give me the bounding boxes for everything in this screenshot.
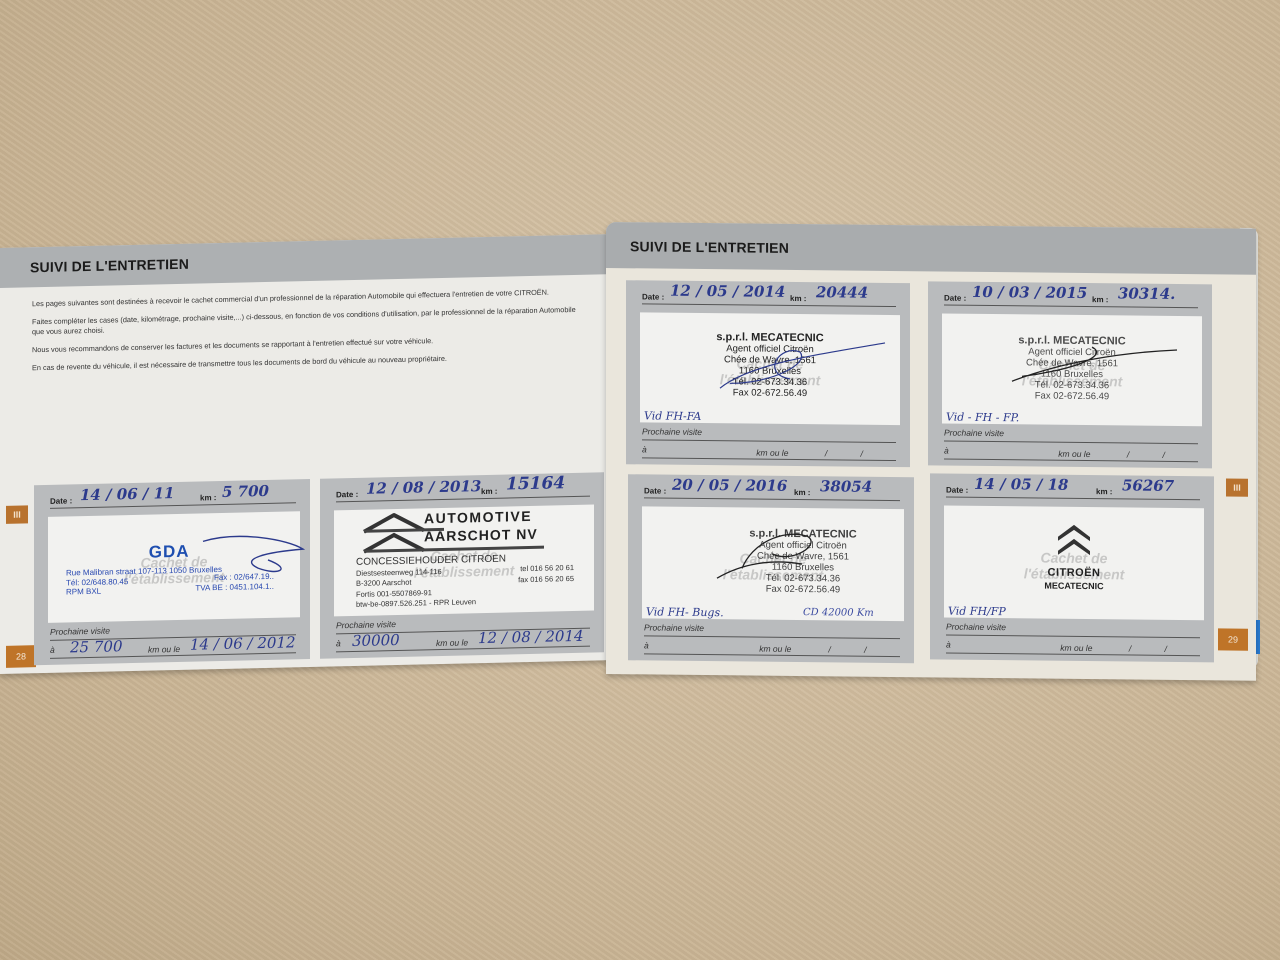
page-number-right: 29 [1218,628,1248,650]
next-visit: Prochaine visite à 30000 km ou le 12 / 0… [336,613,590,655]
entry-km: 38054 [820,477,872,496]
entry-km: 15164 [506,473,565,494]
header-band: SUIVI DE L'ENTRETIEN [606,222,1256,275]
next-visit-label: Prochaine visite [336,619,396,630]
signature-icon [1002,336,1182,388]
page-title: SUIVI DE L'ENTRETIEN [630,238,789,256]
service-note-2: CD 42000 Km [803,607,874,619]
date-separator: / [1129,643,1131,653]
signature-icon [198,529,308,581]
next-visit: Prochaine visite à km ou le / / [944,426,1198,465]
page-right: SUIVI DE L'ENTRETIEN III 29 Date : 12 / … [606,222,1256,681]
date-label: Date : [336,490,358,500]
date-separator: / [1162,450,1164,460]
service-entry-4: Date : 10 / 03 / 2015 km : 30314. Cachet… [928,281,1212,468]
service-entry-2: Date : 12 / 08 / 2013 km : 15164 Cachet … [320,472,604,658]
intro-paragraph: En cas de revente du véhicule, il est né… [32,351,577,373]
entry-km: 20444 [816,283,868,302]
section-tab: III [1226,478,1248,496]
next-visit: Prochaine visite à km ou le / / [642,424,896,463]
next-visit-label: Prochaine visite [944,428,1004,439]
entry-date: 20 / 05 / 2016 [672,476,787,495]
next-visit: Prochaine visite à km ou le / / [644,620,900,659]
km-label: km : [1096,487,1112,496]
stamp-contact: tel 016 56 20 61 fax 016 56 20 65 [518,563,574,585]
km-or-on-label: km ou le [759,644,791,654]
page-left: SUIVI DE L'ENTRETIEN Les pages suivantes… [0,234,612,674]
dealer-stamp: Cachet del'établissement CITROËN MECATEC… [944,506,1204,621]
service-note: Vid FH/FP [948,605,1006,619]
km-or-on-label: km ou le [1058,449,1090,459]
date-separator: / [860,449,862,459]
dealer-name-line2: AARSCHOT NV [424,526,538,545]
at-label: à [946,640,951,650]
entry-date: 12 / 08 / 2013 [366,477,481,498]
next-visit-date: 14 / 06 / 2012 [190,633,296,653]
date-label: Date : [944,294,966,303]
entry-date-line: Date : 10 / 03 / 2015 km : 30314. [944,288,1198,309]
service-note: Vid FH-FA [644,409,701,423]
km-or-on-label: km ou le [148,644,180,655]
service-note: Vid - FH - FP. [946,411,1019,425]
entry-date-line: Date : 12 / 05 / 2014 km : 20444 [642,286,896,307]
at-label: à [944,446,949,456]
date-separator: / [1127,449,1129,459]
dealer-stamp: Cachet del'établissement s.p.r.l. MECATE… [942,314,1202,427]
entry-date: 14 / 05 / 18 [974,475,1068,494]
next-visit-label: Prochaine visite [642,426,702,437]
date-separator: / [864,645,866,655]
date-label: Date : [50,496,72,506]
at-label: à [644,640,649,650]
date-separator: / [828,644,830,654]
at-label: à [336,638,341,648]
km-label: km : [790,294,806,303]
date-label: Date : [642,292,664,301]
next-visit-label: Prochaine visite [50,626,110,637]
entry-date-line: Date : 14 / 06 / 11 km : 5 700 [50,485,296,509]
service-entry-1: Date : 14 / 06 / 11 km : 5 700 Cachet de… [34,479,310,665]
page-number-left: 28 [6,645,36,668]
km-label: km : [481,487,497,496]
entry-km: 56267 [1122,476,1174,495]
intro-paragraph: Faites compléter les cases (date, kilomé… [32,305,577,337]
entry-date: 10 / 03 / 2015 [972,283,1087,302]
gda-logo: GDA [149,542,190,563]
entry-date: 12 / 05 / 2014 [670,282,785,301]
signature-icon [700,333,890,395]
entry-km: 5 700 [222,482,269,501]
citroen-chevrons-icon [1054,521,1094,557]
service-entry-6: Date : 14 / 05 / 18 km : 56267 Cachet de… [930,473,1214,662]
dealer-stamp: Cachet del'établissement GDA Rue Malibra… [48,511,300,623]
page-title: SUIVI DE L'ENTRETIEN [30,256,189,276]
entry-date-line: Date : 20 / 05 / 2016 km : 38054 [644,480,900,501]
section-tab: III [6,505,28,523]
entry-date-line: Date : 12 / 08 / 2013 km : 15164 [336,479,590,503]
next-visit: Prochaine visite à km ou le / / [946,620,1200,659]
header-band: SUIVI DE L'ENTRETIEN [0,234,612,288]
signature-icon [712,523,852,584]
entry-date: 14 / 06 / 11 [80,484,174,504]
next-visit-date: 12 / 08 / 2014 [478,627,584,647]
km-label: km : [1092,295,1108,304]
dealer-stamp: Cachet del'établissement AUTOMOTIVE AARS… [334,505,594,617]
dealer-name: MECATECNIC [944,580,1204,593]
next-visit-label: Prochaine visite [946,622,1006,633]
date-label: Date : [946,486,968,495]
at-label: à [642,444,647,454]
next-visit-km: 30000 [352,631,400,650]
service-entry-5: Date : 20 / 05 / 2016 km : 38054 Cachet … [628,474,914,663]
intro-text: Les pages suivantes sont destinées à rec… [32,287,577,381]
km-label: km : [200,493,216,502]
km-label: km : [794,488,810,497]
date-label: Date : [644,486,666,495]
next-visit: Prochaine visite à 25 700 km ou le 14 / … [50,619,296,661]
next-visit-km: 25 700 [70,637,123,656]
dealer-stamp: Cachet del'établissement s.p.r.l. MECATE… [640,312,900,425]
date-separator: / [825,448,827,458]
km-or-on-label: km ou le [1060,643,1092,653]
entry-date-line: Date : 14 / 05 / 18 km : 56267 [946,480,1200,501]
dealer-stamp: Cachet del'établissement s.p.r.l. MECATE… [642,506,904,621]
service-entry-3: Date : 12 / 05 / 2014 km : 20444 Cachet … [626,280,910,467]
next-visit-label: Prochaine visite [644,622,704,633]
km-or-on-label: km ou le [436,637,468,648]
date-separator: / [1164,644,1166,654]
km-or-on-label: km ou le [756,448,788,458]
entry-km: 30314. [1118,284,1175,303]
service-note: Vid FH- Bugs. [646,605,724,619]
at-label: à [50,645,55,655]
dealer-name-line1: AUTOMOTIVE [424,508,532,526]
stamp-address: CONCESSIEHOUDER CITROEN Diestsesteenweg … [356,555,506,611]
maintenance-booklet: SUIVI DE L'ENTRETIEN Les pages suivantes… [0,0,1280,960]
